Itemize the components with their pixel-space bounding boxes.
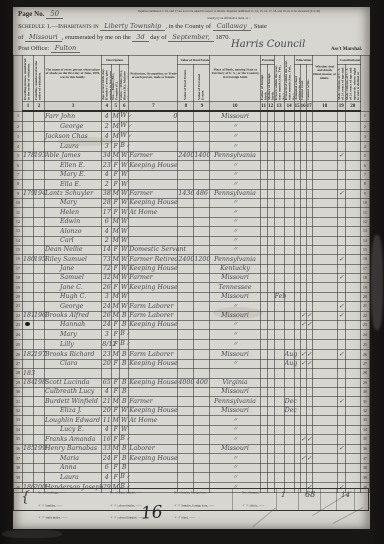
column-number: 4 [102, 102, 112, 112]
male-citizen-mark [337, 378, 345, 387]
person-name: Henry Barnabas [45, 444, 102, 453]
male-citizen-mark [337, 264, 345, 273]
dwelling-number [23, 245, 34, 254]
occupation: Farm Laborer [129, 350, 178, 359]
col-occupation-header: Profession, Occupation, or Trade of each… [129, 56, 178, 102]
row-number: 18 [14, 274, 23, 283]
real-estate-value [178, 132, 194, 142]
father-foreign-mark [260, 416, 267, 425]
table-row: 23Hannah24FBKeeping House〃✓✓23 [14, 321, 370, 330]
person-name: Mary E. [45, 170, 102, 179]
sex: M [112, 236, 120, 245]
occupation: Laborer [129, 444, 178, 453]
table-row: 1Farr John4MW ✓0Missouri1 [14, 111, 370, 122]
row-number: 37 [360, 454, 369, 463]
age: 26 [102, 283, 112, 292]
occupation [129, 340, 178, 350]
month-born [274, 161, 284, 170]
group-label: Education. [296, 57, 310, 64]
month-born [274, 274, 284, 283]
disability [312, 292, 337, 301]
disability [312, 397, 337, 406]
month-married [284, 283, 294, 292]
month-born [274, 111, 284, 122]
row-number-header [14, 56, 23, 112]
age: 24 [102, 302, 112, 311]
header-text: Value of Real Estate. [184, 66, 188, 100]
person-name: Loughlin Edward [45, 416, 102, 425]
birthplace: 〃 [210, 122, 260, 132]
disability [312, 111, 337, 122]
occupation [129, 132, 178, 142]
mother-foreign-mark [267, 122, 274, 132]
family-number [34, 161, 45, 170]
color: B [120, 463, 129, 472]
col-month-born-header: If born within the year, state month (Ja… [274, 56, 284, 102]
color: W [120, 236, 129, 245]
real-estate-value [178, 473, 194, 483]
table-row: 8Ella E.2FW〃8 [14, 180, 370, 189]
row-number: 39 [14, 473, 23, 483]
color: W [120, 302, 129, 311]
form-header: Page No. 50 Inquiries numbered 7, 16, an… [13, 7, 370, 55]
month-married [284, 161, 294, 170]
person-name: Carl [45, 236, 102, 245]
schedule-label: Schedule 1.—Inhabitants in [18, 23, 99, 30]
dwelling-number [23, 302, 34, 311]
disability [312, 189, 337, 198]
father-foreign-mark [260, 217, 267, 226]
male-citizen-mark [337, 425, 345, 434]
vote-denied-mark [345, 425, 360, 434]
row-number: 13 [14, 227, 23, 236]
vote-denied-mark [345, 111, 360, 122]
personal-estate-value [194, 198, 210, 207]
age: 8/12 [102, 340, 112, 350]
vote-denied-mark [345, 227, 360, 236]
occupation [129, 142, 178, 152]
sex: M [112, 122, 120, 132]
month-married [284, 311, 294, 320]
mother-foreign-mark [267, 369, 274, 378]
color: W [120, 152, 129, 161]
month-married: Aug [284, 359, 294, 368]
dwelling-number [23, 454, 34, 463]
age: 3 [102, 142, 112, 152]
birthplace: 〃 [210, 170, 260, 179]
mother-foreign-mark [267, 255, 274, 264]
month-married [284, 180, 294, 189]
birthplace: 〃 [210, 198, 260, 207]
row-number: 4 [360, 142, 369, 152]
table-row: 5178193Able James34MWFarmer24001400Penns… [14, 152, 370, 161]
age: 6 [102, 217, 112, 226]
vote-denied-mark [345, 350, 360, 359]
birthplace: Missouri [210, 292, 260, 301]
day-label: day of [150, 34, 166, 41]
birthplace: 〃 [210, 217, 260, 226]
father-foreign-mark [260, 434, 267, 444]
row-number: 17 [360, 264, 369, 273]
male-citizen-mark: ✓ [337, 350, 345, 359]
header-text: If married within the year, state month … [285, 58, 295, 100]
sex: M [112, 152, 120, 161]
family-number: 193 [34, 152, 45, 161]
row-number: 2 [360, 122, 369, 132]
age: 73 [102, 255, 112, 264]
occupation: Keeping House [129, 198, 178, 207]
real-estate-value [178, 274, 194, 283]
birthplace: 〃 [210, 454, 260, 463]
disability [312, 387, 337, 396]
dwelling-number [23, 416, 34, 425]
real-estate-value [178, 292, 194, 301]
page-number: Page No. 50 [18, 10, 63, 18]
dwelling-number [23, 217, 34, 226]
enumerated-label: , enumerated by me on the [62, 34, 131, 41]
color: W [120, 245, 129, 254]
real-estate-value [178, 283, 194, 292]
person-name: Lantz Schuyler [45, 189, 102, 198]
vote-denied-mark [345, 255, 360, 264]
column-number: 5 [112, 102, 120, 112]
row-number: 30 [14, 387, 23, 396]
row-number: 24 [14, 330, 23, 340]
male-citizen-mark [337, 180, 345, 189]
color: W ✓ [120, 111, 129, 122]
table-row: 3Jackson Chas4MW ✓〃3 [14, 132, 370, 142]
age: 21 [102, 397, 112, 406]
group-constitutional: Constitutional Relations. [337, 56, 360, 65]
table-row: 7Mary E.4FW〃7 [14, 170, 370, 179]
table-row: 31Burdett Winfield21MBFarmerPennsylvania… [14, 397, 370, 406]
dwelling-number [23, 283, 34, 292]
dwelling-number [23, 227, 34, 236]
table-row: 17Jane72FWKeeping HouseKentucky17 [14, 264, 370, 273]
column-number: 9 [194, 102, 210, 112]
family-number [34, 463, 45, 472]
male-citizen-mark [337, 132, 345, 142]
footer-divider [298, 489, 299, 510]
male-citizen-mark [337, 416, 345, 425]
sex: F [112, 378, 120, 387]
real-estate-value [178, 170, 194, 179]
disability [312, 434, 337, 444]
vote-denied-mark [345, 170, 360, 179]
dwelling-number [23, 340, 34, 350]
disability [312, 416, 337, 425]
father-foreign-mark [260, 406, 267, 415]
col-father-foreign-header: Father of foreign birth. [260, 65, 267, 102]
disability [312, 302, 337, 311]
personal-estate-value [194, 217, 210, 226]
male-citizen-mark: ✓ [337, 189, 345, 198]
table-row: 38Anna6FB〃38 [14, 463, 370, 472]
vote-denied-mark [345, 369, 360, 378]
male-citizen-mark [337, 434, 345, 444]
dwelling-number [23, 292, 34, 301]
table-header: Dwelling-houses, numbered in the order o… [14, 56, 370, 112]
row-number: 18 [360, 274, 369, 283]
row-number: 4 [14, 142, 23, 152]
person-name: Dean Nellie [45, 245, 102, 254]
person-name: George [45, 122, 102, 132]
footer-divider [320, 489, 321, 510]
family-number [34, 274, 45, 283]
col-month-married-header: If married within the year, state month … [284, 56, 294, 102]
col-birthplace-header: Place of Birth, naming State or Territor… [210, 56, 260, 102]
sex: F [112, 425, 120, 434]
father-foreign-mark [260, 198, 267, 207]
header-text: Male Citizens of U. S. of 21 years of ag… [346, 66, 361, 100]
month-married [284, 444, 294, 453]
census-table: Dwelling-houses, numbered in the order o… [13, 55, 370, 493]
personal-estate-value [194, 274, 210, 283]
header-text: If born within the year, state month (Ja… [275, 58, 285, 100]
row-number: 21 [360, 302, 369, 311]
month-born [274, 227, 284, 236]
vote-denied-mark [345, 236, 360, 245]
sex: M [112, 227, 120, 236]
header-text: Sex.—Males (M.), Females (F.). [112, 66, 119, 100]
real-estate-value [178, 122, 194, 132]
age: 20 [102, 406, 112, 415]
birthplace: 〃 [210, 208, 260, 217]
occupation: Farmer Retired [129, 255, 178, 264]
color: B ✓ [120, 330, 129, 340]
group-parentage: Parentage. [260, 56, 274, 65]
vote-denied-mark [345, 311, 360, 320]
occupation [129, 473, 178, 483]
header-text: Age at last birth-day. If under 1 year, … [102, 66, 112, 100]
male-citizen-mark [337, 227, 345, 236]
header-text: Mother of foreign birth. [268, 66, 275, 100]
month-born [274, 444, 284, 453]
tally-line: 〃 〃 white males, —— [38, 515, 97, 521]
column-number: 19 [337, 102, 345, 112]
color: W [120, 227, 129, 236]
dwelling-number: 182 [23, 350, 34, 359]
male-citizen-mark: ✓ [337, 255, 345, 264]
father-foreign-mark [260, 425, 267, 434]
dwelling-number [23, 111, 34, 122]
row-number: 31 [360, 397, 369, 406]
age: 33 [102, 444, 112, 453]
month-married [284, 378, 294, 387]
mother-foreign-mark [267, 292, 274, 301]
personal-estate-value: 1400 [194, 152, 210, 161]
column-number: 10 [210, 102, 260, 112]
personal-estate-value [194, 434, 210, 444]
real-estate-value [178, 302, 194, 311]
occupation [129, 170, 178, 179]
post-office-label: Post Office: [18, 45, 49, 52]
year-value: 1870. [216, 34, 231, 41]
male-citizen-mark [337, 161, 345, 170]
month-married [284, 227, 294, 236]
real-estate-value [178, 217, 194, 226]
sex: M [112, 274, 120, 283]
tally-footer: No. of dwellings, —— 〃 〃 families, —— 〃 … [13, 488, 369, 511]
row-number: 27 [360, 359, 369, 368]
vote-denied-mark [345, 406, 360, 415]
table-row: 24Mary3FB ✓〃24 [14, 330, 370, 340]
real-estate-value [178, 161, 194, 170]
footer-divider [354, 489, 355, 510]
row-number: 29 [360, 378, 369, 387]
birthplace: 〃 [210, 321, 260, 330]
mother-foreign-mark [267, 302, 274, 311]
age: 16 [102, 434, 112, 444]
dwelling-number [23, 142, 34, 152]
mother-foreign-mark [267, 152, 274, 161]
family-number [34, 406, 45, 415]
table-row: 33Loughlin Edward11MWAt Home〃33 [14, 416, 370, 425]
father-foreign-mark [260, 359, 267, 368]
dwelling-number [23, 132, 34, 142]
father-foreign-mark [260, 161, 267, 170]
tally-line: No. of dwellings, —— [38, 490, 97, 496]
real-estate-value: 4000 [178, 378, 194, 387]
color: W ✓ [120, 122, 129, 132]
dwelling-number [23, 425, 34, 434]
row-number: 33 [14, 416, 23, 425]
dwelling-number [23, 463, 34, 472]
row-number: 16 [14, 255, 23, 264]
occupation: Keeping House [129, 454, 178, 463]
male-citizen-mark [337, 111, 345, 122]
personal-estate-value [194, 111, 210, 122]
row-number: 12 [360, 217, 369, 226]
row-number: 22 [360, 311, 369, 320]
color: W [120, 406, 129, 415]
mother-foreign-mark [267, 454, 274, 463]
mother-foreign-mark [267, 217, 274, 226]
schedule-line-2: of Missouri, enumerated by me on the 3d … [18, 33, 367, 41]
month-married [284, 463, 294, 472]
occupation: Farmer [129, 274, 178, 283]
col-cannot-write-header: Cannot write. [306, 65, 312, 102]
age: 11 [102, 416, 112, 425]
mother-foreign-mark [267, 189, 274, 198]
male-citizen-mark [337, 359, 345, 368]
age: 26 [102, 311, 112, 320]
month-married: Dec [284, 397, 294, 406]
scan-streak [371, 235, 383, 330]
person-name: Jane C. [45, 283, 102, 292]
month-born [274, 217, 284, 226]
row-number: 5 [360, 152, 369, 161]
male-citizen-mark: ✓ [337, 274, 345, 283]
column-number: 1 [23, 102, 34, 112]
real-estate-value [178, 321, 194, 330]
table-row: 11Helen17FWAt Home〃11 [14, 208, 370, 217]
disability [312, 180, 337, 189]
county-label: , in the County of [165, 23, 211, 30]
birthplace: 〃 [210, 463, 260, 472]
fine-print-line: Inquiries numbered 7, 16, and 17 are not… [89, 10, 368, 14]
disability [312, 152, 337, 161]
personal-estate-value [194, 406, 210, 415]
mother-foreign-mark [267, 227, 274, 236]
month-married [284, 425, 294, 434]
male-citizen-mark [337, 283, 345, 292]
month-married [284, 132, 294, 142]
family-number [34, 208, 45, 217]
family-number [34, 330, 45, 340]
personal-estate-value [194, 473, 210, 483]
dwelling-number [23, 208, 34, 217]
real-estate-value [178, 180, 194, 189]
personal-estate-value [194, 132, 210, 142]
occupation [129, 425, 178, 434]
color: B [120, 454, 129, 463]
personal-estate-value: 486 [194, 189, 210, 198]
month-born [274, 330, 284, 340]
col-color-header: Color.—White (W.), Black (B.), Mulatto (… [120, 65, 129, 102]
color: W [120, 283, 129, 292]
family-number [34, 245, 45, 254]
real-estate-value [178, 359, 194, 368]
dwelling-number: 178 [23, 152, 34, 161]
male-citizen-mark [337, 236, 345, 245]
row-number: 16 [360, 255, 369, 264]
father-foreign-mark [260, 255, 267, 264]
family-number [34, 236, 45, 245]
check-mark: ✓ [125, 144, 130, 149]
vote-denied-mark [345, 378, 360, 387]
table-row: 6Ellen E.23FWKeeping House〃6 [14, 161, 370, 170]
row-number: 6 [14, 161, 23, 170]
birthplace: Pennsylvania [210, 189, 260, 198]
month-married [284, 236, 294, 245]
month-married [284, 142, 294, 152]
row-number: 34 [360, 425, 369, 434]
dwelling-number: 180 [23, 255, 34, 264]
header-text: Cannot write. [307, 66, 311, 100]
male-citizen-mark [337, 292, 345, 301]
row-number: 6 [360, 161, 369, 170]
person-name: Lilly [45, 340, 102, 350]
person-name: Hugh C. [45, 292, 102, 301]
male-citizen-mark [337, 142, 345, 152]
birthplace: 〃 [210, 161, 260, 170]
birthplace: Pennsylvania [210, 152, 260, 161]
tally-line: No. of white females, —— [110, 490, 178, 496]
vote-denied-mark [345, 198, 360, 207]
month-married [284, 454, 294, 463]
dwelling-number [23, 434, 34, 444]
birthplace: 〃 [210, 142, 260, 152]
family-number: 197 [34, 350, 45, 359]
header-text: Father of foreign birth. [261, 66, 268, 100]
table-row: 20Hugh C.3MWMissouriFeb20 [14, 292, 370, 301]
row-number: 8 [360, 180, 369, 189]
age: 24 [102, 321, 112, 330]
occupation [129, 236, 178, 245]
age: 2 [102, 180, 112, 189]
vote-denied-mark [345, 397, 360, 406]
occupation [129, 434, 178, 444]
father-foreign-mark [260, 142, 267, 152]
age: 20 [102, 359, 112, 368]
column-number: 20 [345, 102, 360, 112]
family-number [34, 434, 45, 444]
father-foreign-mark [260, 170, 267, 179]
birthplace: Missouri [210, 111, 260, 122]
age: 4 [102, 425, 112, 434]
table-row: 32Eliza J.20FWKeeping HouseMissouriDec32 [14, 406, 370, 415]
